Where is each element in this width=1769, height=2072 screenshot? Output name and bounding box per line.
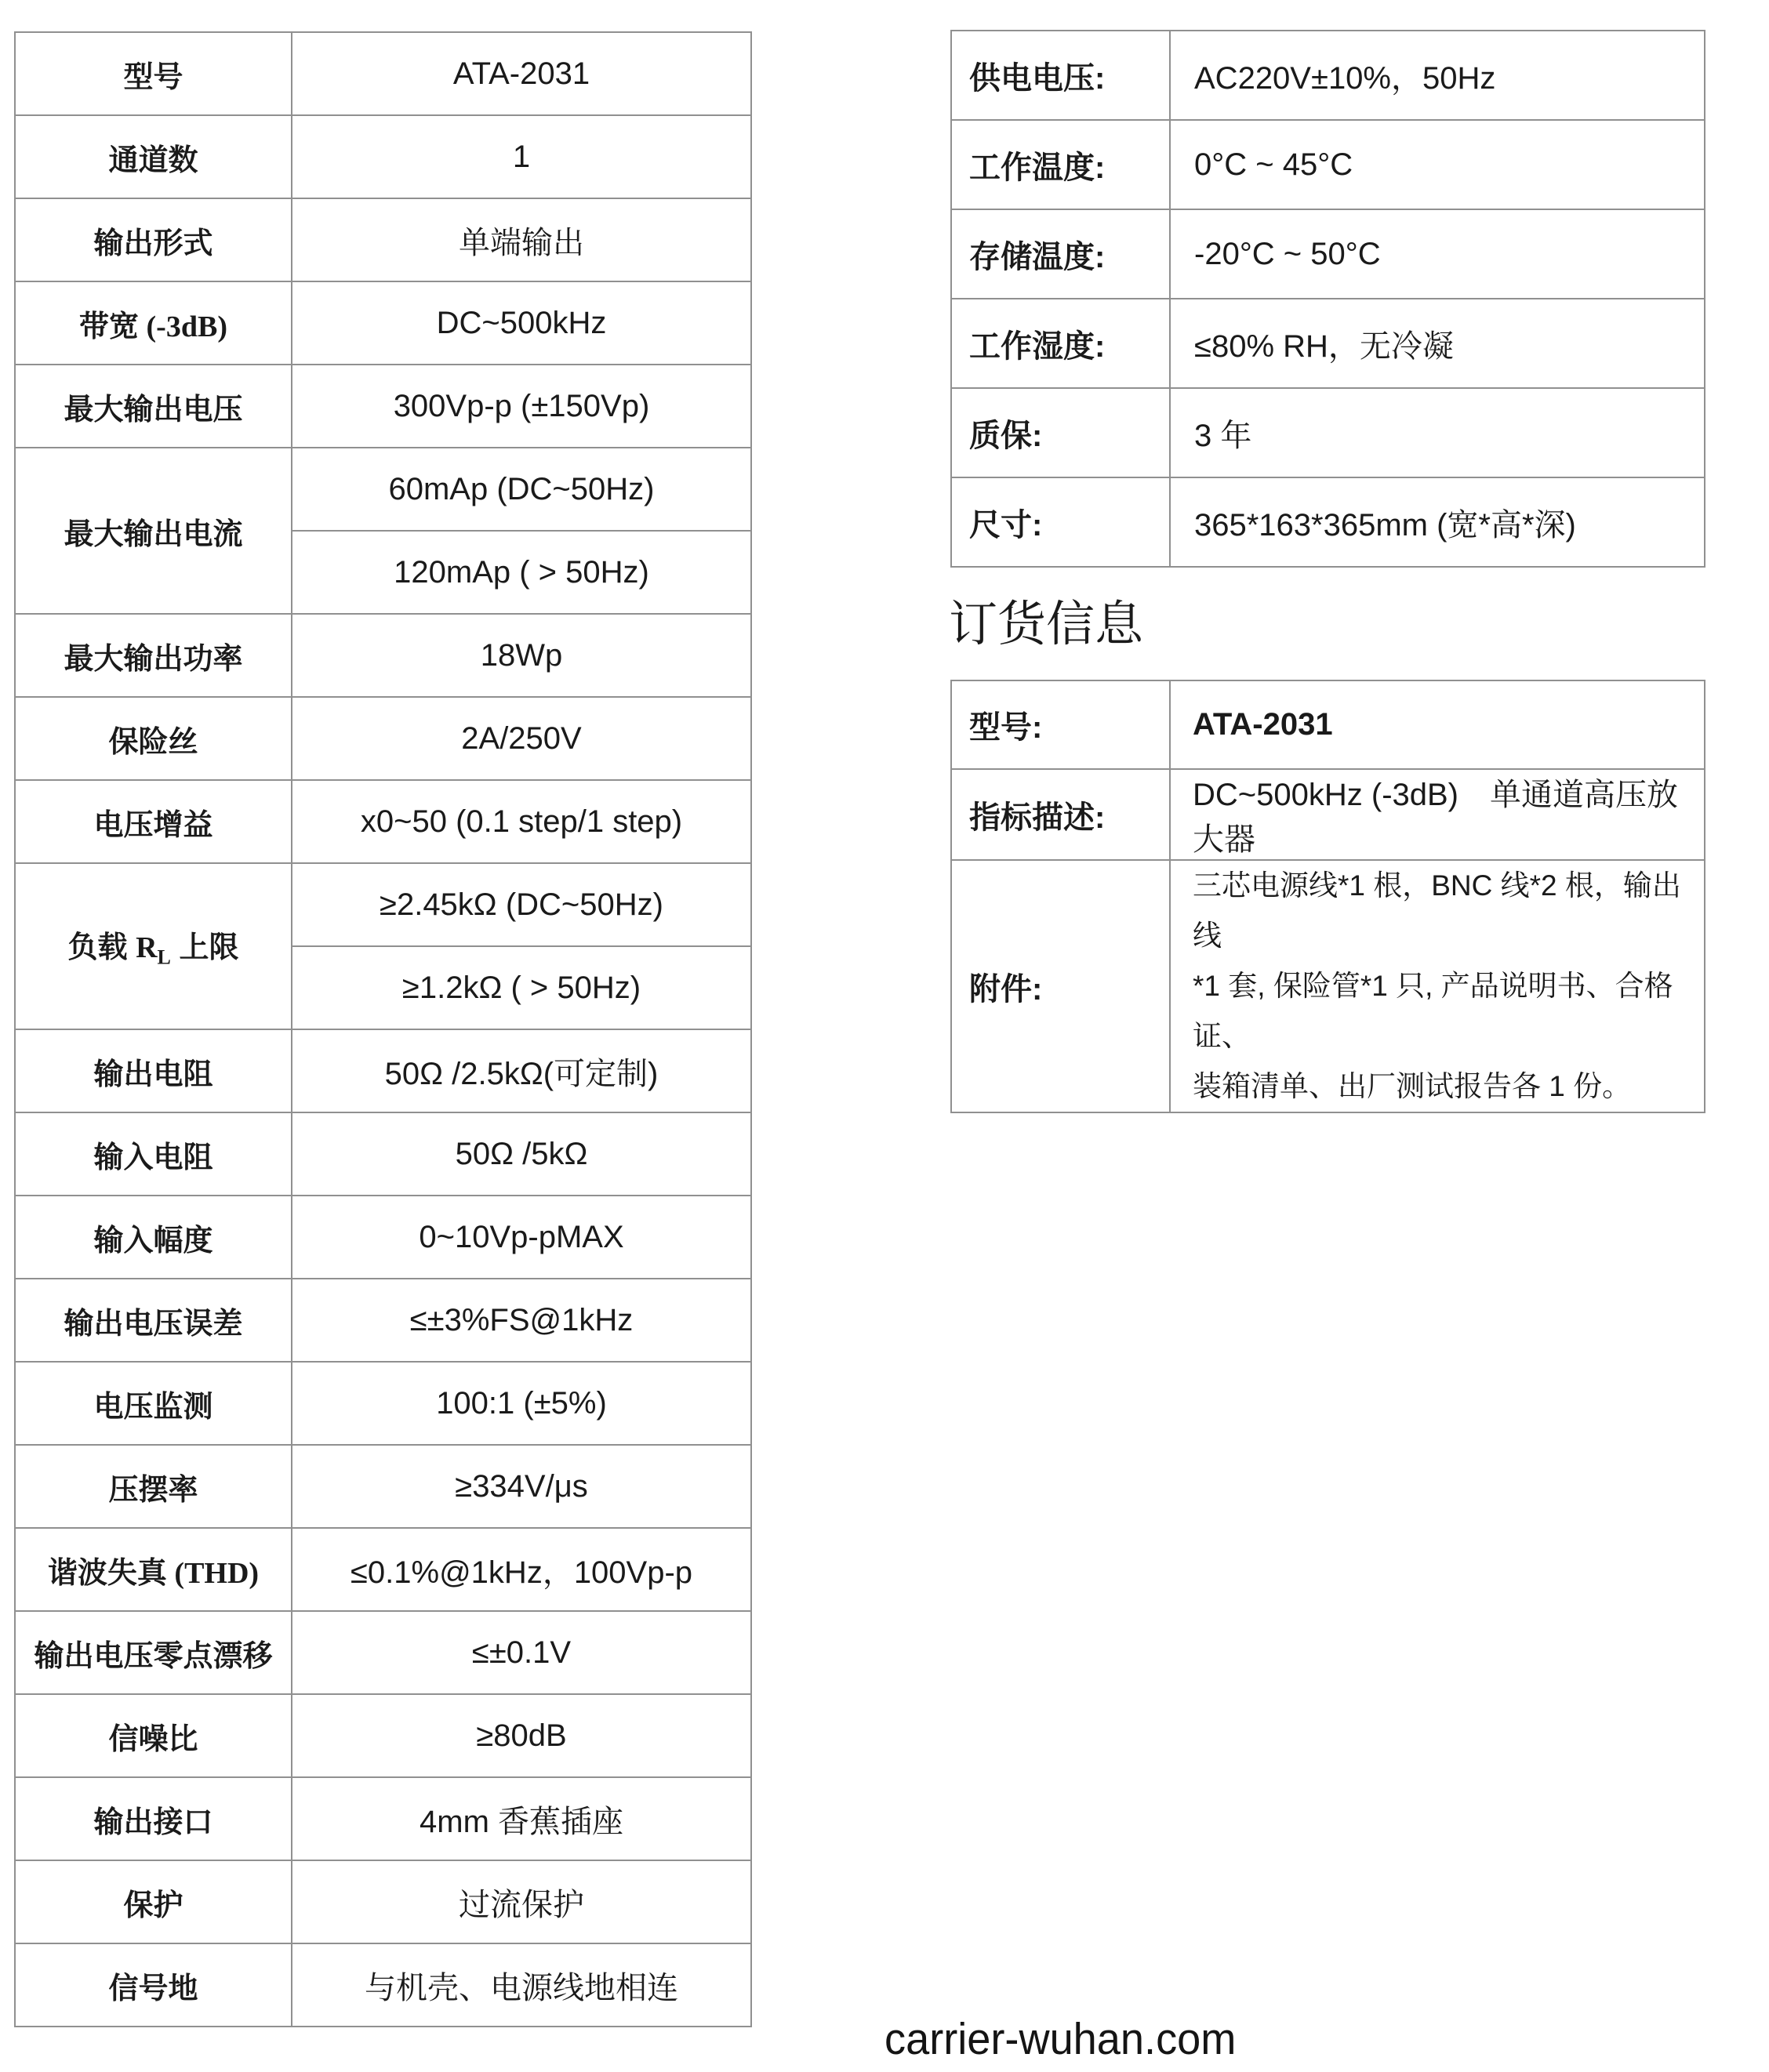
row-label: 输出形式 [15,198,292,281]
row-value: 1 [292,115,751,198]
row-label: 指标描述: [951,769,1170,860]
table-row: 最大输出电流 60mAp (DC~50Hz) [15,448,751,531]
table-row: 压摆率 ≥334V/μs [15,1445,751,1528]
table-row: 保护 过流保护 [15,1860,751,1943]
row-label: 工作温度: [951,120,1170,209]
row-label: 电压监测 [15,1362,292,1445]
row-label: 最大输出功率 [15,614,292,697]
row-value: 18Wp [292,614,751,697]
row-label: 输入幅度 [15,1196,292,1279]
row-label: 质保: [951,388,1170,477]
row-label-zh: 带宽 [79,310,139,343]
row-value: 100:1 (±5%) [292,1362,751,1445]
row-value: 与机壳、电源线地相连 [292,1943,751,2027]
table-row: 通道数 1 [15,115,751,198]
environment-table: 供电电压: AC220V±10%，50Hz 工作温度: 0°C ~ 45°C 存… [950,30,1705,568]
table-row: 型号 ATA-2031 [15,32,751,115]
row-label: 输出电阻 [15,1029,292,1112]
row-label-zh: 谐波失真 [48,1557,167,1590]
table-row: 输入电阻 50Ω /5kΩ [15,1112,751,1196]
table-row: 指标描述: DC~500kHz (-3dB) 单通道高压放大器 [951,769,1705,860]
table-row: 最大输出功率 18Wp [15,614,751,697]
table-row: 输入幅度 0~10Vp-pMAX [15,1196,751,1279]
row-value: 0~10Vp-pMAX [292,1196,751,1279]
table-row: 供电电压: AC220V±10%，50Hz [951,31,1705,120]
table-row: 输出形式 单端输出 [15,198,751,281]
row-value: 120mAp ( > 50Hz) [292,531,751,614]
row-value: 50Ω /5kΩ [292,1112,751,1196]
table-row: 谐波失真 (THD) ≤0.1%@1kHz，100Vp-p [15,1528,751,1611]
row-label: 电压增益 [15,780,292,863]
table-row: 附件: 三芯电源线*1 根，BNC 线*2 根，输出线 *1 套, 保险管*1 … [951,860,1705,1112]
row-label: 信噪比 [15,1694,292,1777]
row-value: 300Vp-p (±150Vp) [292,365,751,448]
row-label: 最大输出电压 [15,365,292,448]
ordering-table: 型号: ATA-2031 指标描述: DC~500kHz (-3dB) 单通道高… [950,680,1705,1113]
specifications-table: 型号 ATA-2031 通道数 1 输出形式 单端输出 带宽 (-3dB) DC… [14,31,752,2027]
row-value: -20°C ~ 50°C [1170,209,1705,299]
row-value: 4mm 香蕉插座 [292,1777,751,1860]
row-value: 3 年 [1170,388,1705,477]
row-value: ≤0.1%@1kHz，100Vp-p [292,1528,751,1611]
row-label: 尺寸: [951,477,1170,567]
row-label: 最大输出电流 [15,448,292,614]
row-label: 带宽 (-3dB) [15,281,292,365]
table-row: 信噪比 ≥80dB [15,1694,751,1777]
table-row: 保险丝 2A/250V [15,697,751,780]
row-label: 负载 RL 上限 [15,863,292,1029]
row-value: ≤±3%FS@1kHz [292,1279,751,1362]
row-value: 2A/250V [292,697,751,780]
table-row: 输出电阻 50Ω /2.5kΩ(可定制) [15,1029,751,1112]
row-value: ≥334V/μs [292,1445,751,1528]
row-value: ≥2.45kΩ (DC~50Hz) [292,863,751,946]
row-label: 压摆率 [15,1445,292,1528]
ordering-description-value: DC~500kHz (-3dB) 单通道高压放大器 [1170,769,1705,860]
ordering-info-title: 订货信息 [949,594,1576,655]
row-label: 输出电压误差 [15,1279,292,1362]
row-value: 0°C ~ 45°C [1170,120,1705,209]
table-row: 电压增益 x0~50 (0.1 step/1 step) [15,780,751,863]
table-row: 输出接口 4mm 香蕉插座 [15,1777,751,1860]
row-value: x0~50 (0.1 step/1 step) [292,780,751,863]
ordering-accessories-value: 三芯电源线*1 根，BNC 线*2 根，输出线 *1 套, 保险管*1 只, 产… [1170,860,1705,1112]
table-row: 质保: 3 年 [951,388,1705,477]
row-label-zh: 上限 [171,931,239,964]
row-label-latin: (THD) [167,1557,259,1590]
row-value: ≤80% RH，无冷凝 [1170,299,1705,388]
row-label: 信号地 [15,1943,292,2027]
row-label: 输出电压零点漂移 [15,1611,292,1694]
row-value: DC~500kHz [292,281,751,365]
table-row: 输出电压零点漂移 ≤±0.1V [15,1611,751,1694]
row-label-latin: (-3dB) [139,310,227,343]
table-row: 尺寸: 365*163*365mm (宽*高*深) [951,477,1705,567]
table-row: 负载 RL 上限 ≥2.45kΩ (DC~50Hz) [15,863,751,946]
row-label-subscript: L [158,946,171,969]
table-row: 最大输出电压 300Vp-p (±150Vp) [15,365,751,448]
row-value: ≤±0.1V [292,1611,751,1694]
row-value: 单端输出 [292,198,751,281]
row-value: ≥80dB [292,1694,751,1777]
table-row: 信号地 与机壳、电源线地相连 [15,1943,751,2027]
row-value: 50Ω /2.5kΩ(可定制) [292,1029,751,1112]
row-label: 通道数 [15,115,292,198]
ordering-model-value: ATA-2031 [1170,680,1705,769]
row-label: 型号 [15,32,292,115]
table-row: 型号: ATA-2031 [951,680,1705,769]
row-value: AC220V±10%，50Hz [1170,31,1705,120]
row-label: 型号: [951,680,1170,769]
row-label-zh: 负载 [68,931,136,964]
model-value: ATA-2031 [292,32,751,115]
table-row: 工作湿度: ≤80% RH，无冷凝 [951,299,1705,388]
table-row: 输出电压误差 ≤±3%FS@1kHz [15,1279,751,1362]
table-row: 电压监测 100:1 (±5%) [15,1362,751,1445]
row-label: 保险丝 [15,697,292,780]
row-value: 365*163*365mm (宽*高*深) [1170,477,1705,567]
table-row: 工作温度: 0°C ~ 45°C [951,120,1705,209]
site-watermark: carrier-wuhan.com [884,2013,1236,2065]
row-label: 输入电阻 [15,1112,292,1196]
row-label: 供电电压: [951,31,1170,120]
row-label: 附件: [951,860,1170,1112]
row-label: 保护 [15,1860,292,1943]
row-label: 工作湿度: [951,299,1170,388]
table-row: 带宽 (-3dB) DC~500kHz [15,281,751,365]
row-value: ≥1.2kΩ ( > 50Hz) [292,946,751,1029]
row-value: 60mAp (DC~50Hz) [292,448,751,531]
row-label-latin: R [136,931,157,964]
row-label: 输出接口 [15,1777,292,1860]
row-label: 存储温度: [951,209,1170,299]
row-label: 谐波失真 (THD) [15,1528,292,1611]
row-value: 过流保护 [292,1860,751,1943]
table-row: 存储温度: -20°C ~ 50°C [951,209,1705,299]
